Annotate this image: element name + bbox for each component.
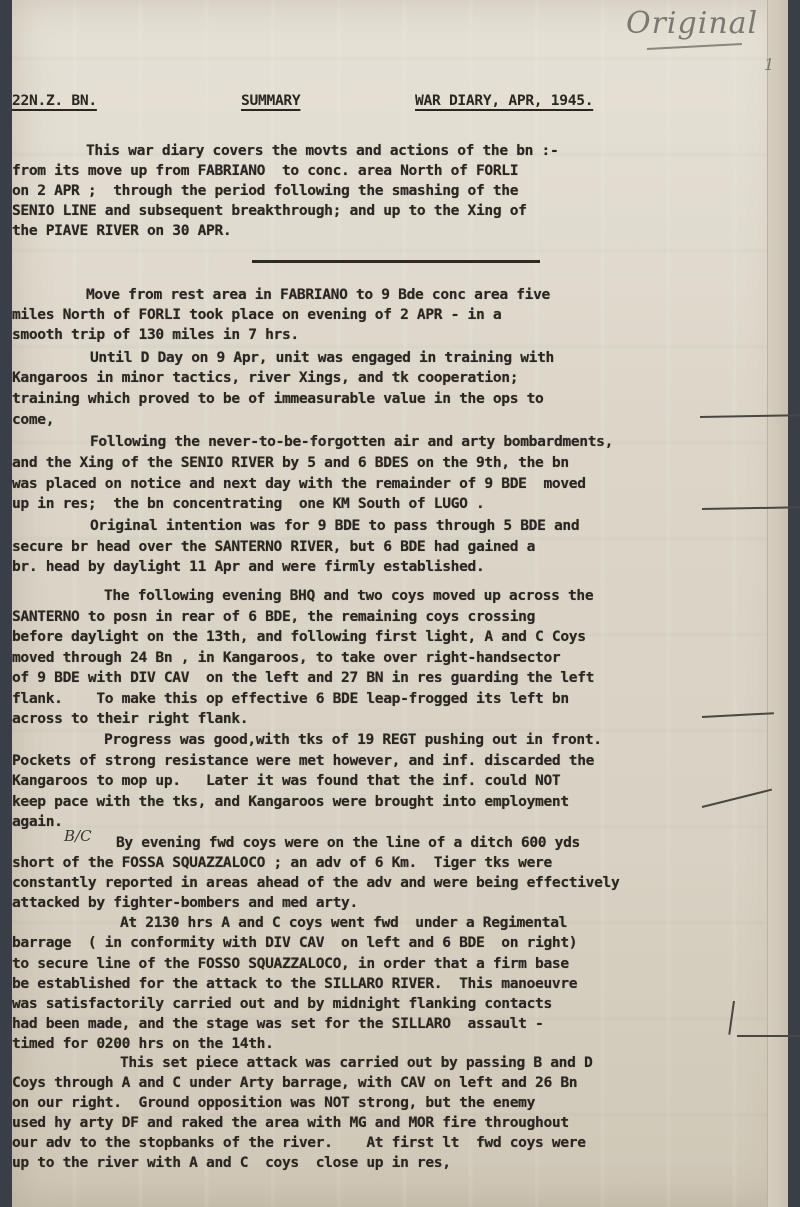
body-line: our adv to the stopbanks of the river. A…	[12, 1133, 586, 1153]
body-line: Move from rest area in FABRIANO to 9 Bde…	[86, 285, 550, 305]
body-line: used hy arty DF and raked the area with …	[12, 1113, 569, 1133]
body-line: constantly reported in areas ahead of th…	[12, 873, 619, 893]
body-line: before daylight on the 13th, and followi…	[12, 627, 586, 647]
body-line: The following evening BHQ and two coys m…	[104, 586, 593, 606]
body-line: Kangaroos in minor tactics, river Xings,…	[12, 368, 518, 388]
body-line: moved through 24 Bn , in Kangaroos, to t…	[12, 648, 560, 668]
body-line: Original intention was for 9 BDE to pass…	[90, 516, 579, 536]
body-line: attacked by fighter-bombers and med arty…	[12, 893, 358, 913]
body-line: had been made, and the stage was set for…	[12, 1014, 543, 1034]
body-line: come,	[12, 410, 54, 430]
body-line: This set piece attack was carried out by…	[120, 1053, 592, 1073]
paper-edge	[767, 0, 788, 1207]
body-line: SANTERNO to posn in rear of 6 BDE, the r…	[12, 607, 535, 627]
margin-mark	[728, 1001, 735, 1035]
pencil-underline	[647, 43, 742, 50]
body-line: At 2130 hrs A and C coys went fwd under …	[120, 913, 567, 933]
margin-mark	[702, 789, 772, 808]
body-line: training which proved to be of immeasura…	[12, 389, 543, 409]
section-divider	[252, 260, 540, 263]
body-line: Kangaroos to mop up. Later it was found …	[12, 771, 560, 791]
body-line: on our right. Ground opposition was NOT …	[12, 1093, 535, 1113]
document-page: Original 1 22N.Z. BN. SUMMARY WAR DIARY,…	[12, 0, 788, 1207]
body-line: up in res; the bn concentrating one KM S…	[12, 494, 484, 514]
handwritten-original-note: Original	[626, 6, 758, 41]
margin-mark	[737, 1035, 800, 1037]
intro-line: from its move up from FABRIANO to conc. …	[12, 161, 518, 181]
body-line: short of the FOSSA SQUAZZALOCO ; an adv …	[12, 853, 552, 873]
intro-line: This war diary covers the movts and acti…	[86, 141, 558, 161]
body-line: was placed on notice and next day with t…	[12, 474, 586, 494]
body-line: br. head by daylight 11 Apr and were fir…	[12, 557, 484, 577]
margin-annotation: B/C	[64, 827, 92, 845]
body-line: Progress was good,with tks of 19 REGT pu…	[104, 730, 602, 750]
page-number: 1	[764, 55, 775, 74]
margin-mark	[702, 712, 774, 718]
body-line: be established for the attack to the SIL…	[12, 974, 577, 994]
summary-heading: SUMMARY	[241, 92, 300, 109]
unit-heading: 22N.Z. BN.	[12, 92, 97, 109]
body-line: Until D Day on 9 Apr, unit was engaged i…	[90, 348, 554, 368]
body-line: and the Xing of the SENIO RIVER by 5 and…	[12, 453, 569, 473]
body-line: again.	[12, 812, 63, 832]
body-line: barrage ( in conformity with DIV CAV on …	[12, 933, 577, 953]
body-line: was satisfactorily carried out and by mi…	[12, 994, 552, 1014]
intro-line: the PIAVE RIVER on 30 APR.	[12, 221, 231, 241]
body-line: up to the river with A and C coys close …	[12, 1153, 451, 1173]
body-line: to secure line of the FOSSO SQUAZZALOCO,…	[12, 954, 569, 974]
body-line: miles North of FORLI took place on eveni…	[12, 305, 501, 325]
body-line: timed for 0200 hrs on the 14th.	[12, 1034, 274, 1054]
body-line: secure br head over the SANTERNO RIVER, …	[12, 537, 535, 557]
body-line: Coys through A and C under Arty barrage,…	[12, 1073, 577, 1093]
body-line: Following the never-to-be-forgotten air …	[90, 432, 613, 452]
intro-line: on 2 APR ; through the period following …	[12, 181, 518, 201]
body-line: of 9 BDE with DIV CAV on the left and 27…	[12, 668, 594, 688]
body-line: across to their right flank.	[12, 709, 248, 729]
body-line: By evening fwd coys were on the line of …	[116, 833, 580, 853]
body-line: flank. To make this op effective 6 BDE l…	[12, 689, 569, 709]
body-line: keep pace with the tks, and Kangaroos we…	[12, 792, 569, 812]
body-line: smooth trip of 130 miles in 7 hrs.	[12, 325, 299, 345]
body-line: Pockets of strong resistance were met ho…	[12, 751, 594, 771]
intro-line: SENIO LINE and subsequent breakthrough; …	[12, 201, 527, 221]
war-diary-title: WAR DIARY, APR, 1945.	[415, 92, 593, 109]
